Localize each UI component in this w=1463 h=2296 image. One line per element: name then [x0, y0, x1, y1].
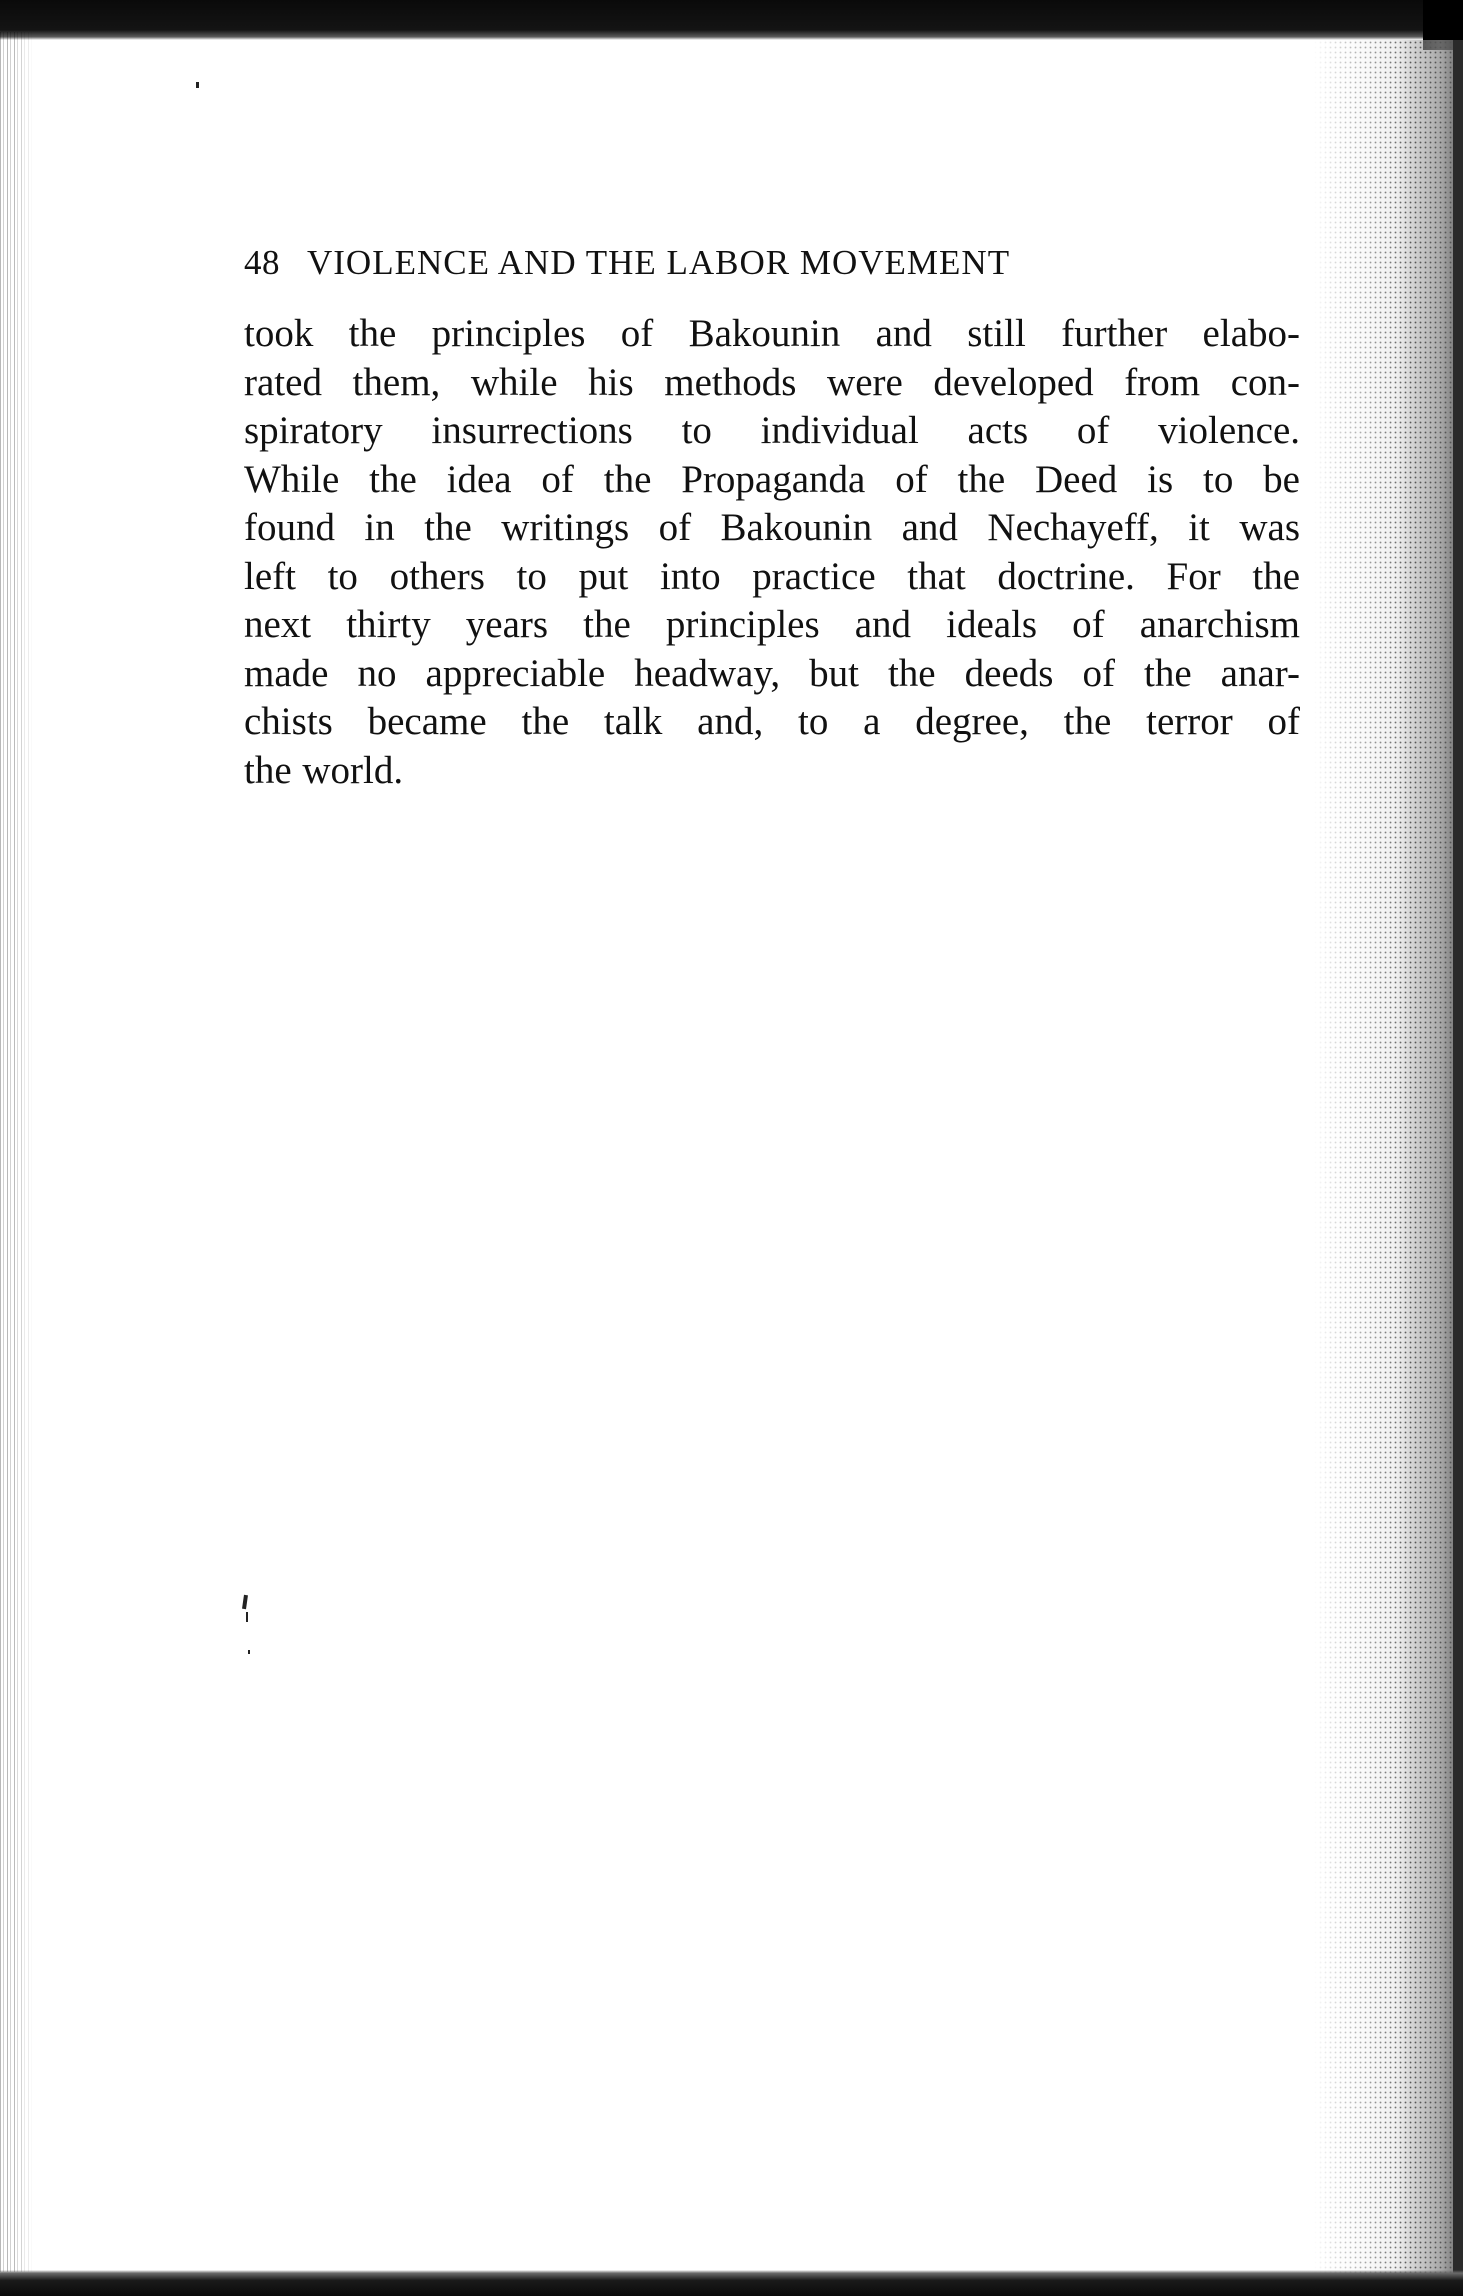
body-paragraph: took the principles of Bakounin and stil…	[244, 310, 1300, 795]
text-line: the world.	[244, 747, 1300, 796]
scan-speck	[246, 1612, 248, 1622]
scan-speck	[248, 1650, 250, 1654]
page-edge-left	[0, 32, 34, 2272]
page-number: 48	[244, 240, 307, 286]
scan-speck	[196, 82, 199, 88]
scan-speck	[242, 1595, 248, 1609]
text-line: spiratory insurrections to individual ac…	[244, 407, 1300, 456]
text-line: chists became the talk and, to a degree,…	[244, 698, 1300, 747]
running-head: 48 VIOLENCE AND THE LABOR MOVEMENT	[244, 240, 1300, 286]
scan-border-top	[0, 0, 1430, 40]
text-line: found in the writings of Bakounin and Ne…	[244, 504, 1300, 553]
text-line: made no appreciable headway, but the dee…	[244, 650, 1300, 699]
page-edge-right	[1453, 40, 1463, 2280]
text-line: left to others to put into practice that…	[244, 553, 1300, 602]
running-head-title: VIOLENCE AND THE LABOR MOVEMENT	[307, 240, 1010, 286]
text-line: took the principles of Bakounin and stil…	[244, 310, 1300, 359]
text-line: next thirty years the principles and ide…	[244, 601, 1300, 650]
gutter-shadow-right	[1313, 40, 1463, 2280]
text-line: While the idea of the Propaganda of the …	[244, 456, 1300, 505]
text-line: rated them, while his methods were devel…	[244, 359, 1300, 408]
book-page: 48 VIOLENCE AND THE LABOR MOVEMENT took …	[244, 240, 1300, 795]
scan-border-bottom	[0, 2270, 1463, 2296]
